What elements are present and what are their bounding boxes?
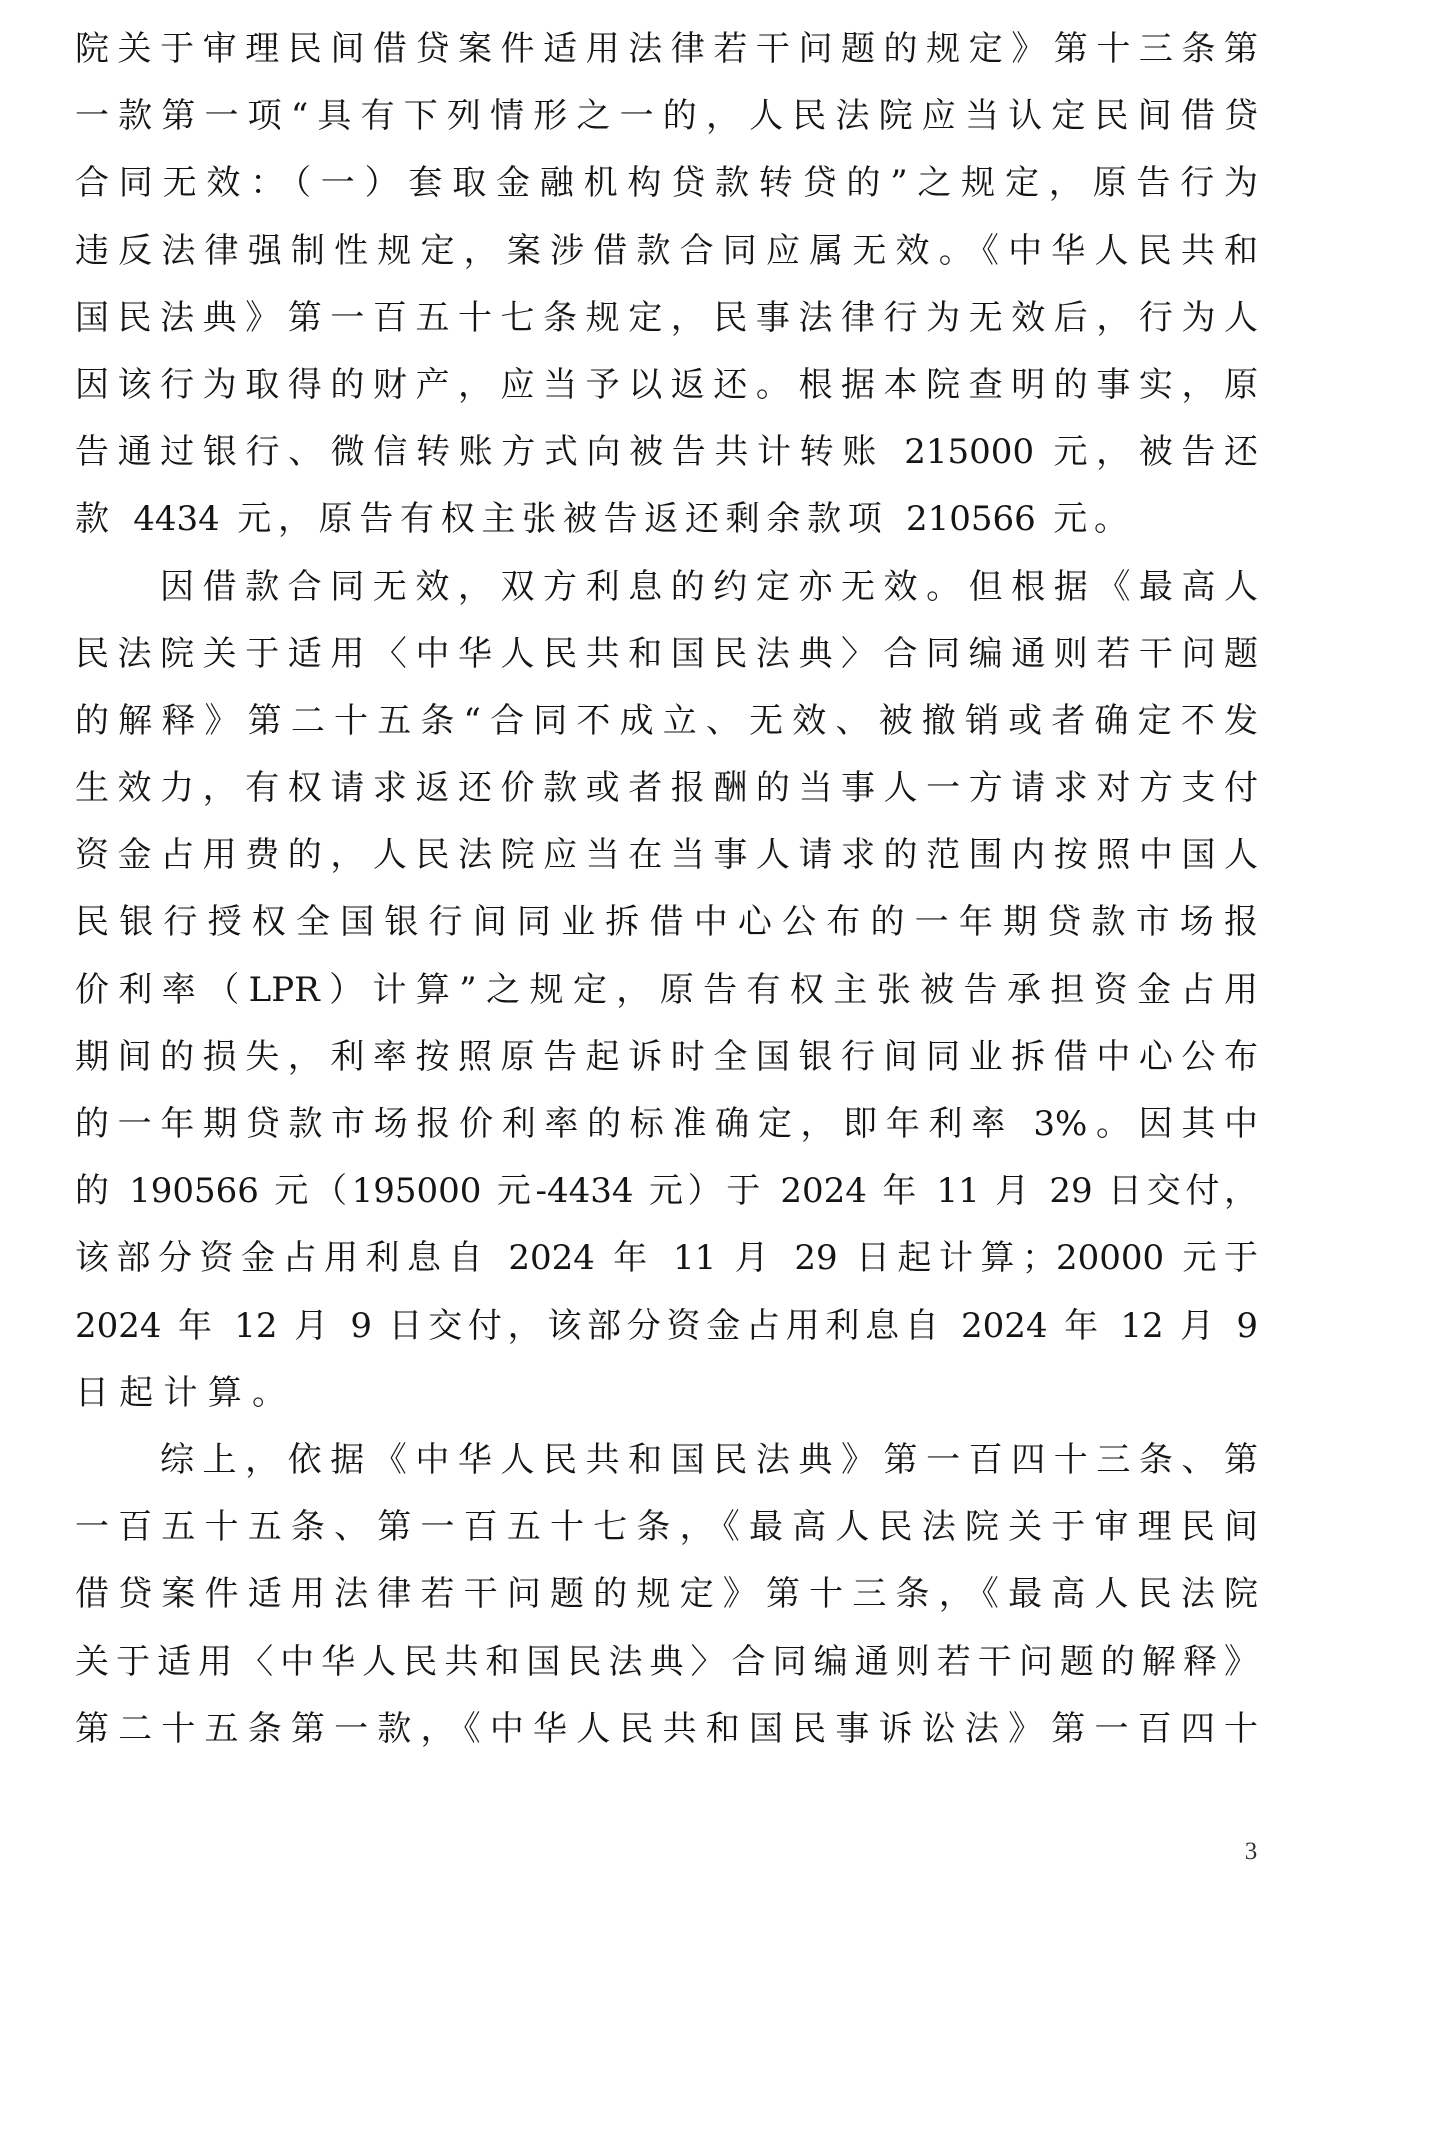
text-line: 违反法律强制性规定，案涉借款合同应属无效。《中华人民共和 (75, 218, 1258, 285)
text-line: 款 4434 元，原告有权主张被告返还剩余款项 210566 元。 (75, 486, 1128, 553)
text-line: 该部分资金占用利息自 2024 年 11 月 29 日起计算；20000 元于 (75, 1225, 1258, 1292)
text-line: 关于适用〈中华人民共和国民法典〉合同编通则若干问题的解释》 (75, 1629, 1258, 1696)
text-line: 合同无效：（一）套取金融机构贷款转贷的”之规定，原告行为 (75, 150, 1258, 217)
paragraph-3: 综上，依据《中华人民共和国民法典》第一百四十三条、第 一百五十五条、第一百五十七… (75, 1427, 1258, 1763)
text-line: 资金占用费的，人民法院应当在当事人请求的范围内按照中国人 (75, 822, 1258, 889)
page-number: 3 (1238, 1836, 1264, 1868)
text-line: 第二十五条第一款，《中华人民共和国民事诉讼法》第一百四十 (75, 1696, 1258, 1763)
text-line: 因借款合同无效，双方利息的约定亦无效。但根据《最高人 (75, 554, 1258, 621)
text-line: 民银行授权全国银行间同业拆借中心公布的一年期贷款市场报 (75, 889, 1258, 956)
paragraph-2: 因借款合同无效，双方利息的约定亦无效。但根据《最高人 民法院关于适用〈中华人民共… (75, 554, 1258, 1427)
text-line: 告通过银行、微信转账方式向被告共计转账 215000 元，被告还 (75, 419, 1258, 486)
text-line: 生效力，有权请求返还价款或者报酬的当事人一方请求对方支付 (75, 755, 1258, 822)
text-line: 综上，依据《中华人民共和国民法典》第一百四十三条、第 (75, 1427, 1258, 1494)
text-line: 民法院关于适用〈中华人民共和国民法典〉合同编通则若干问题 (75, 621, 1258, 688)
text-line: 的解释》第二十五条“合同不成立、无效、被撤销或者确定不发 (75, 688, 1258, 755)
document-page: 院关于审理民间借贷案件适用法律若干问题的规定》第十三条第 一款第一项“具有下列情… (0, 0, 1440, 2144)
text-line: 院关于审理民间借贷案件适用法律若干问题的规定》第十三条第 (75, 16, 1258, 83)
text-line: 价利率（LPR）计算”之规定，原告有权主张被告承担资金占用 (75, 957, 1258, 1024)
text-line: 期间的损失，利率按照原告起诉时全国银行间同业拆借中心公布 (75, 1024, 1258, 1091)
paragraph-1: 院关于审理民间借贷案件适用法律若干问题的规定》第十三条第 一款第一项“具有下列情… (75, 16, 1258, 554)
text-line: 日起计算。 (75, 1360, 286, 1427)
text-line: 因该行为取得的财产，应当予以返还。根据本院查明的事实，原 (75, 352, 1258, 419)
text-line: 一款第一项“具有下列情形之一的，人民法院应当认定民间借贷 (75, 83, 1258, 150)
text-line: 借贷案件适用法律若干问题的规定》第十三条，《最高人民法院 (75, 1561, 1258, 1628)
text-line: 2024 年 12 月 9 日交付，该部分资金占用利息自 2024 年 12 月… (75, 1293, 1258, 1360)
text-line: 的一年期贷款市场报价利率的标准确定，即年利率 3%。因其中 (75, 1091, 1258, 1158)
text-line: 国民法典》第一百五十七条规定，民事法律行为无效后，行为人 (75, 285, 1258, 352)
document-body: 院关于审理民间借贷案件适用法律若干问题的规定》第十三条第 一款第一项“具有下列情… (75, 16, 1258, 1763)
text-line: 的 190566 元（195000 元-4434 元）于 2024 年 11 月… (75, 1158, 1258, 1225)
text-line: 一百五十五条、第一百五十七条，《最高人民法院关于审理民间 (75, 1494, 1258, 1561)
